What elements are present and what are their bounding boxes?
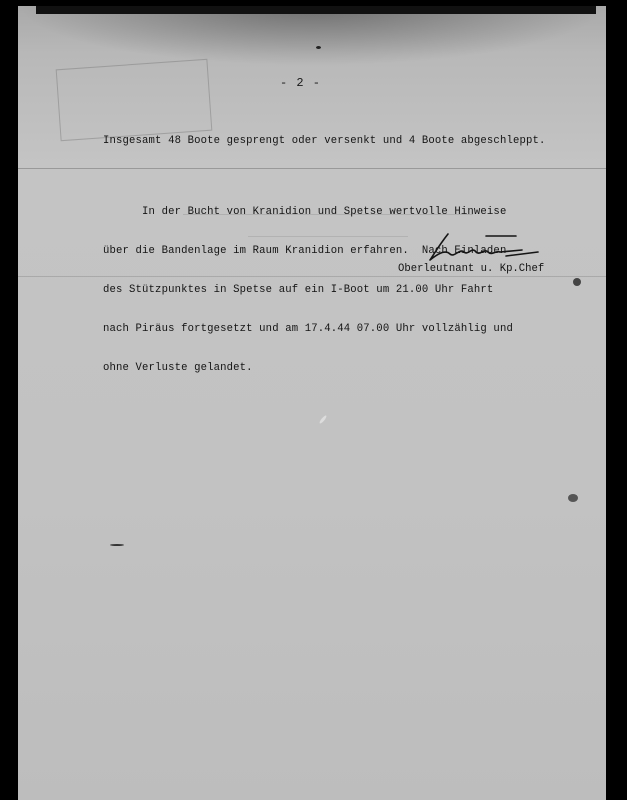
scan-speck — [110, 544, 124, 546]
scan-speck — [319, 415, 328, 425]
signer-title: Oberleutnant u. Kp.Chef — [398, 263, 544, 275]
document-page: - 2 - Insgesamt 48 Boote gesprengt oder … — [18, 6, 606, 800]
scan-speck — [568, 494, 578, 502]
scan-speck — [316, 46, 321, 49]
text-line: ohne Verluste gelandet. — [103, 362, 603, 375]
page-number: - 2 - — [280, 76, 321, 90]
text-line: nach Piräus fortgesetzt und am 17.4.44 0… — [103, 323, 603, 336]
text-line: des Stützpunktes in Spetse auf ein I-Boo… — [103, 284, 603, 297]
handwritten-signature — [426, 230, 546, 264]
scan-speck — [573, 278, 581, 286]
scan-edge-shadow — [36, 6, 596, 14]
text-line: Insgesamt 48 Boote gesprengt oder versen… — [103, 135, 603, 148]
text-line: In der Bucht von Kranidion und Spetse we… — [103, 206, 603, 219]
